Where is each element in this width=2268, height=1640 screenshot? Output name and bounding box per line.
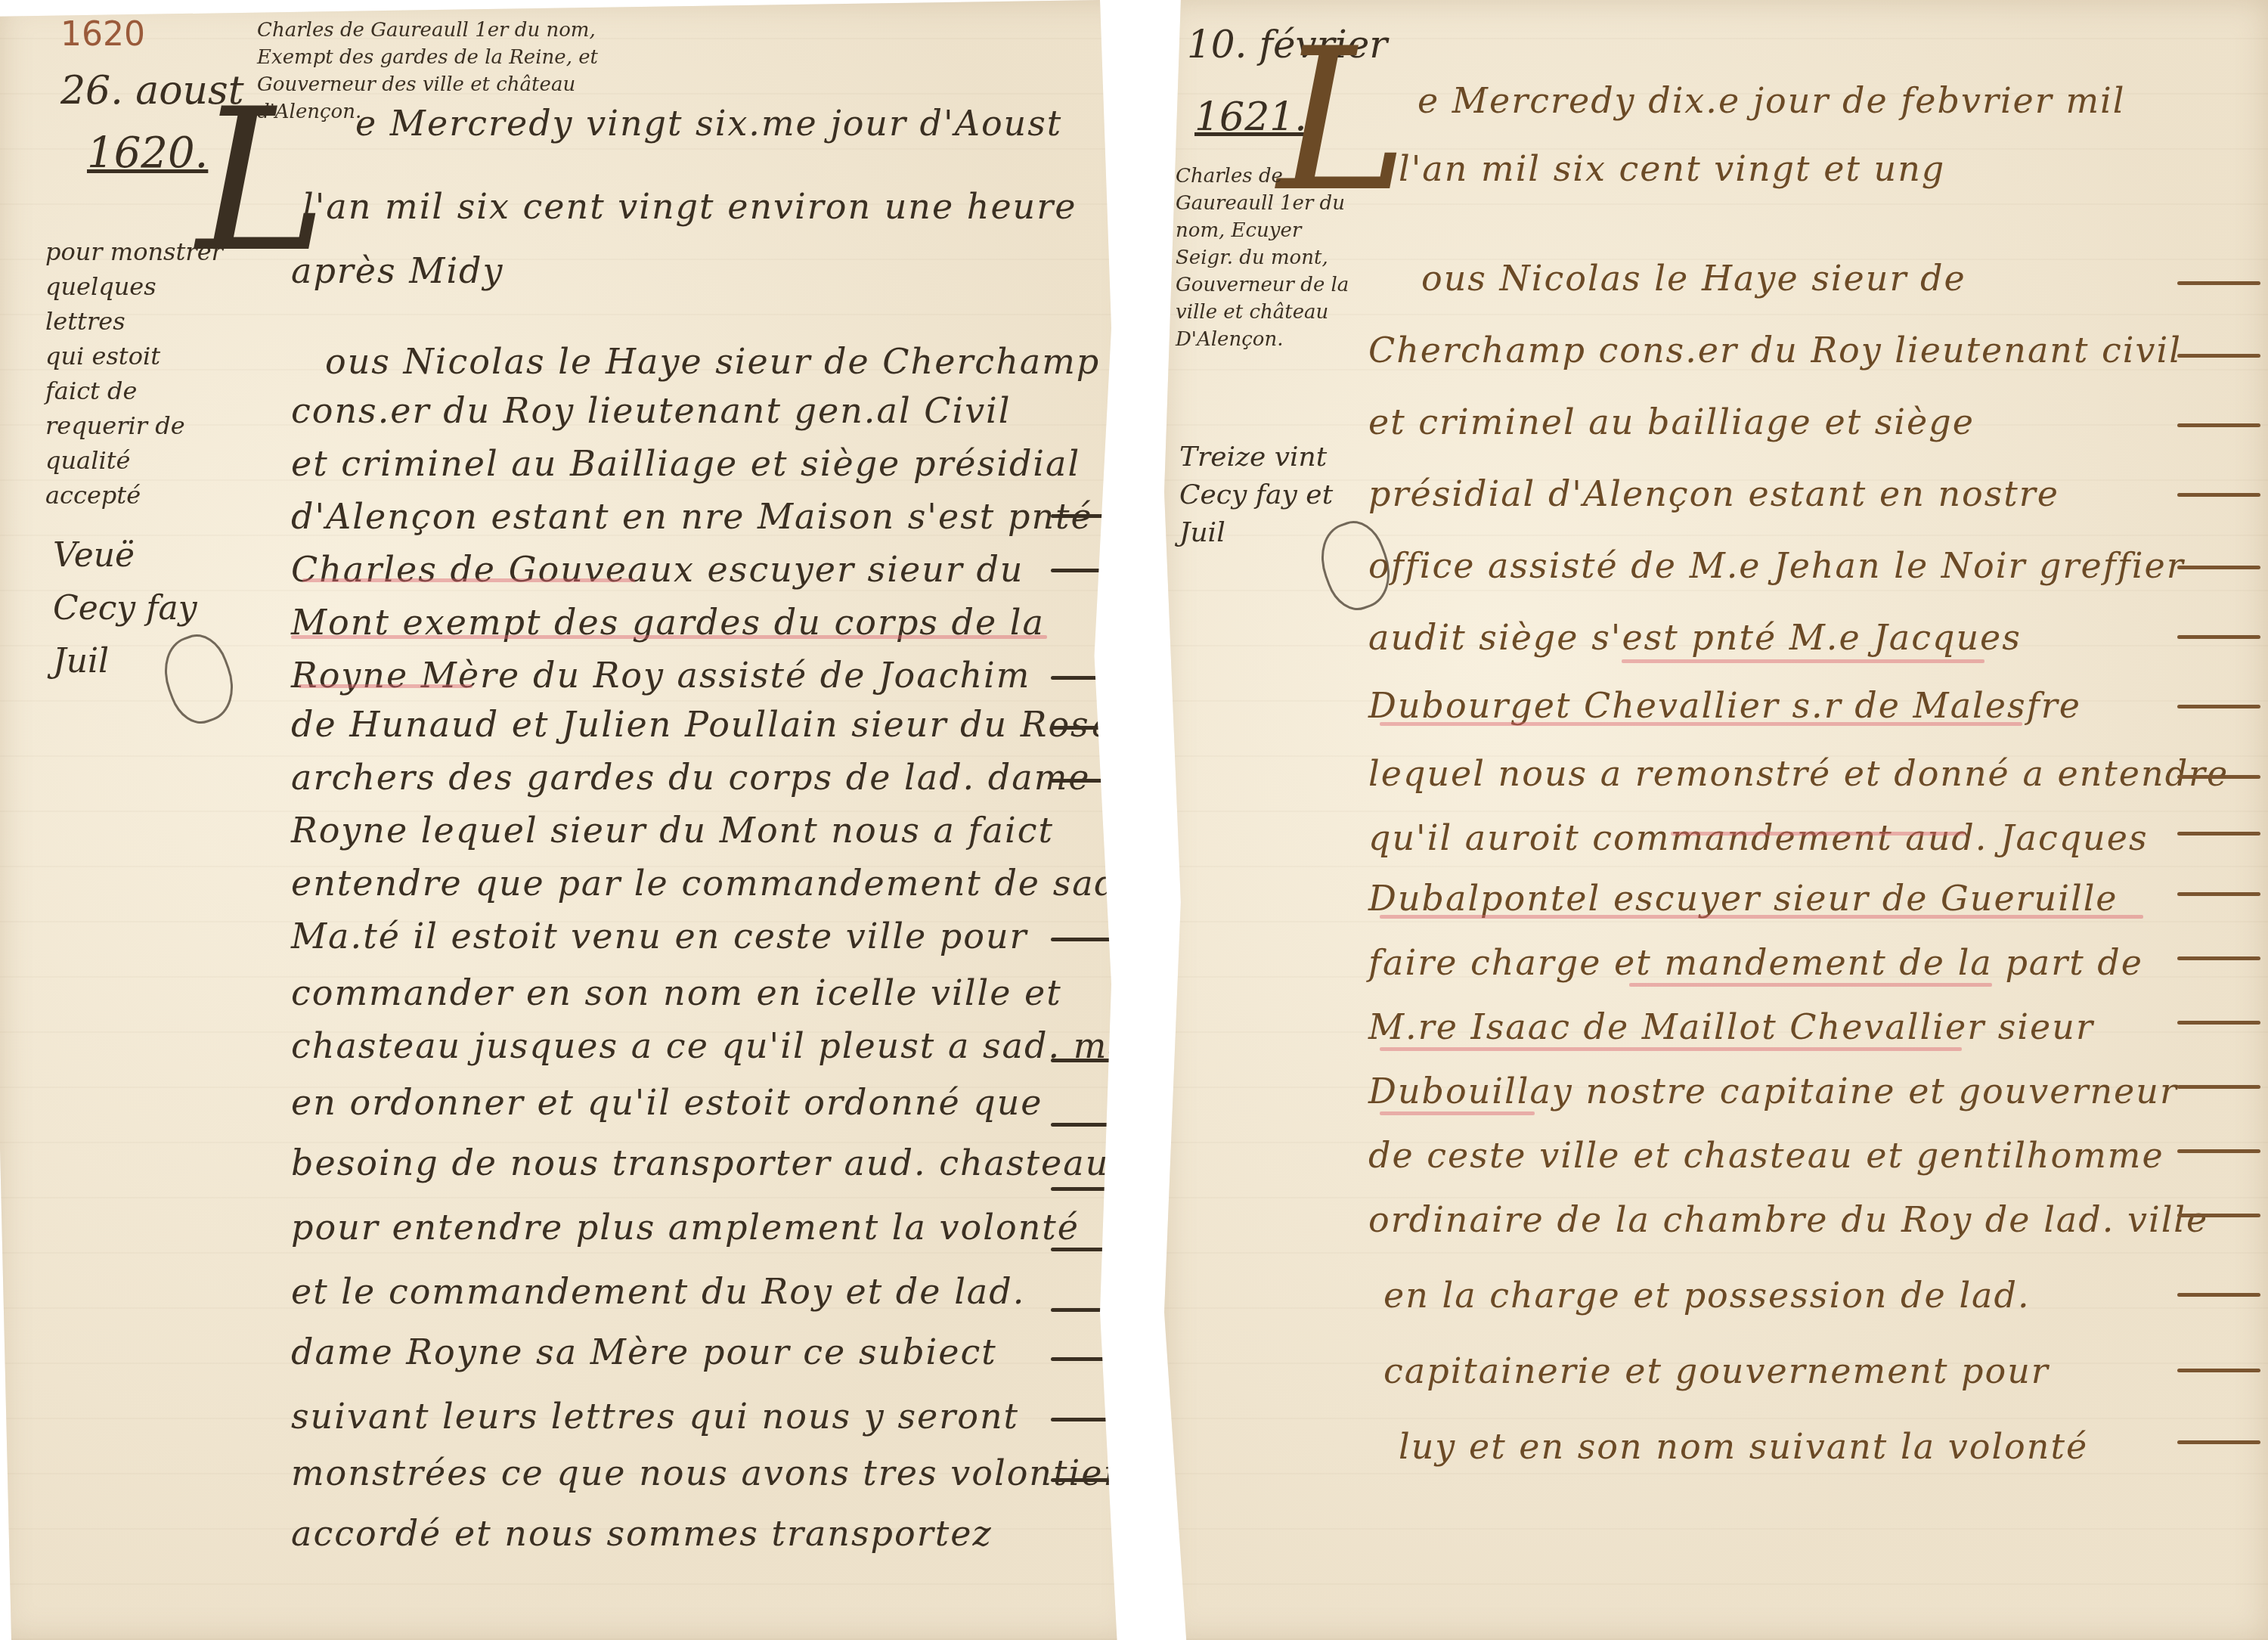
line-filler-dash	[2177, 956, 2260, 960]
margin-note-line: Cecy fay	[53, 582, 197, 635]
red-underline	[302, 578, 635, 582]
margin-note-1: pour monstrer quelques lettres qui estoi…	[45, 234, 223, 513]
margin-note: Treize vint Cecy fay et Juil	[1179, 439, 1333, 552]
body-line: et criminel au bailliage et siège	[1368, 405, 1975, 439]
line-filler-dash	[2177, 1369, 2260, 1372]
line-filler-dash	[2177, 1293, 2260, 1297]
body-line: en ordonner et qu'il estoit ordonné que	[291, 1085, 1043, 1120]
margin-note-line: quelques	[45, 269, 223, 304]
body-line: Cherchamp cons.er du Roy lieutenant civi…	[1368, 333, 2182, 367]
body-line: Dubalpontel escuyer sieur de Gueruille	[1368, 881, 2118, 916]
margin-note-line: faict de	[45, 374, 223, 408]
body-line: après Midy	[291, 253, 504, 288]
body-line: archers des gardes du corps de lad. dame	[291, 760, 1091, 795]
line-filler-dash	[1051, 1059, 1119, 1062]
heading-note-line: Gouverneur de la	[1176, 271, 1349, 299]
red-underline	[299, 684, 472, 688]
body-line: M.re Isaac de Maillot Chevallier sieur	[1368, 1009, 2094, 1044]
margin-note-line: qualité	[45, 443, 223, 478]
red-underline	[1380, 722, 2022, 726]
line-filler-dash	[1051, 1418, 1119, 1421]
line-filler-dash	[2177, 1214, 2260, 1217]
body-line: dame Royne sa Mère pour ce subiect	[291, 1335, 997, 1369]
line-filler-dash	[1051, 1187, 1119, 1191]
line-filler-dash	[2177, 493, 2260, 497]
body-line: Ma.té il estoit venu en ceste ville pour	[291, 919, 1028, 953]
body-line: présidial d'Alençon estant en nostre	[1368, 476, 2059, 511]
manuscript-page-left: 1620 26. aoust 1620. Charles de Gaureaul…	[0, 0, 1134, 1640]
margin-note-line: Juil	[1179, 514, 1333, 552]
body-line: et criminel au Bailliage et siège présid…	[291, 446, 1080, 481]
margin-note-line: pour monstrer	[45, 234, 223, 269]
line-filler-dash	[2177, 281, 2260, 285]
line-filler-dash	[1051, 779, 1119, 783]
margin-note-line: requerir de	[45, 408, 223, 443]
line-filler-dash	[2177, 1085, 2260, 1089]
manuscript-page-right: 10. février 1621. L Charles de Gaureaull…	[1164, 0, 2268, 1640]
body-line: de Hunaud et Julien Poullain sieur du Ro…	[291, 707, 1175, 742]
line-filler-dash	[2177, 566, 2260, 569]
body-line: lequel nous a remonstré et donné a enten…	[1368, 756, 2229, 791]
pencil-year: 1620	[60, 15, 145, 54]
line-filler-dash	[2177, 892, 2260, 896]
heading-note-line: Gaureaull 1er du	[1176, 190, 1349, 217]
body-line: commander en son nom en icelle ville et	[291, 975, 1062, 1010]
body-line: faire charge et mandement de la part de	[1368, 945, 2143, 980]
heading-note-line: Charles de Gaureaull 1er du nom,	[257, 17, 598, 44]
body-line: suivant leurs lettres qui nous y seront	[291, 1399, 1019, 1434]
margin-note-line: lettres	[45, 304, 223, 339]
red-underline	[1622, 659, 1984, 663]
line-filler-dash	[1051, 726, 1119, 730]
red-underline	[1629, 983, 1992, 987]
body-line: qu'il auroit commandement aud. Jacques	[1368, 820, 2149, 855]
body-line: entendre que par le commandement de sad.	[291, 866, 1131, 901]
heading-note-line: nom, Ecuyer	[1176, 217, 1349, 244]
line-filler-dash	[1051, 569, 1119, 572]
body-line: Royne lequel sieur du Mont nous a faict	[291, 813, 1054, 848]
body-line: chasteau jusques a ce qu'il pleust a sad…	[291, 1028, 1180, 1063]
line-filler-dash	[2177, 635, 2260, 639]
line-filler-dash	[1051, 514, 1119, 518]
line-filler-dash	[1051, 676, 1119, 680]
date-year: 1620.	[87, 129, 208, 178]
line-filler-dash	[2177, 1021, 2260, 1025]
red-underline	[1380, 1111, 1535, 1115]
body-line: Dubouillay nostre capitaine et gouverneu…	[1368, 1074, 2178, 1108]
body-line: en la charge et possession de lad.	[1383, 1278, 2031, 1313]
line-filler-dash	[2177, 1149, 2260, 1153]
body-line: ordinaire de la chambre du Roy de lad. v…	[1368, 1202, 2208, 1237]
line-filler-dash	[2177, 1440, 2260, 1444]
heading-note: Charles de Gaureaull 1er du nom, Ecuyer …	[1176, 163, 1349, 353]
body-line: ous Nicolas le Haye sieur de Cherchamp	[325, 344, 1100, 379]
body-line: cons.er du Roy lieutenant gen.al Civil	[291, 393, 1012, 428]
body-line: luy et en son nom suivant la volonté	[1399, 1429, 2088, 1464]
line-filler-dash	[2177, 775, 2260, 779]
red-underline	[1380, 1047, 1962, 1051]
heading-note-line: Seigr. du mont,	[1176, 244, 1349, 271]
heading-note-line: Charles de	[1176, 163, 1349, 190]
line-filler-dash	[1051, 938, 1119, 941]
heading-note-line: ville et château	[1176, 299, 1349, 326]
body-line: d'Alençon estant en nre Maison s'est pnt…	[291, 499, 1093, 534]
margin-note-line: Treize vint	[1179, 439, 1333, 476]
line-filler-dash	[2177, 423, 2260, 427]
margin-note-line: qui estoit	[45, 339, 223, 374]
body-line: e Mercredy vingt six.me jour d'Aoust	[355, 106, 1062, 141]
body-line: accordé et nous sommes transportez	[291, 1516, 993, 1551]
body-line: pour entendre plus amplement la volonté	[291, 1210, 1080, 1245]
margin-note-line: accepté	[45, 478, 223, 513]
red-underline	[1671, 832, 1966, 836]
line-filler-dash	[1051, 1357, 1119, 1361]
body-line: l'an mil six cent vingt environ une heur…	[302, 189, 1077, 224]
body-line: et le commandement du Roy et de lad.	[291, 1274, 1025, 1309]
margin-note-line: Veuë	[53, 529, 197, 582]
line-filler-dash	[1051, 1123, 1119, 1127]
body-line: audit siège s'est pnté M.e Jacques	[1368, 620, 2022, 655]
red-underline	[1380, 915, 2143, 919]
line-filler-dash	[1051, 1308, 1119, 1312]
body-line: de ceste ville et chasteau et gentilhomm…	[1368, 1138, 2164, 1173]
body-line: office assisté de M.e Jehan le Noir gref…	[1368, 548, 2185, 583]
body-line: besoing de nous transporter aud. chastea…	[291, 1146, 1109, 1180]
body-line: l'an mil six cent vingt et ung	[1399, 151, 1945, 186]
body-line: e Mercredy dix.e jour de febvrier mil	[1417, 83, 2126, 118]
body-line: monstrées ce que nous avons tres volonti…	[291, 1456, 1141, 1490]
body-line: capitainerie et gouvernement pour	[1383, 1353, 2050, 1388]
body-line: Dubourget Chevallier s.r de Malesfre	[1368, 688, 2081, 723]
margin-note-line: Cecy fay et	[1179, 476, 1333, 514]
red-underline	[291, 635, 1047, 639]
line-filler-dash	[1051, 1248, 1119, 1251]
line-filler-dash	[1051, 1478, 1119, 1482]
line-filler-dash	[2177, 705, 2260, 708]
body-line: ous Nicolas le Haye sieur de	[1421, 261, 1966, 296]
heading-note-line: D'Alençon.	[1176, 326, 1349, 353]
line-filler-dash	[2177, 832, 2260, 836]
line-filler-dash	[2177, 354, 2260, 358]
